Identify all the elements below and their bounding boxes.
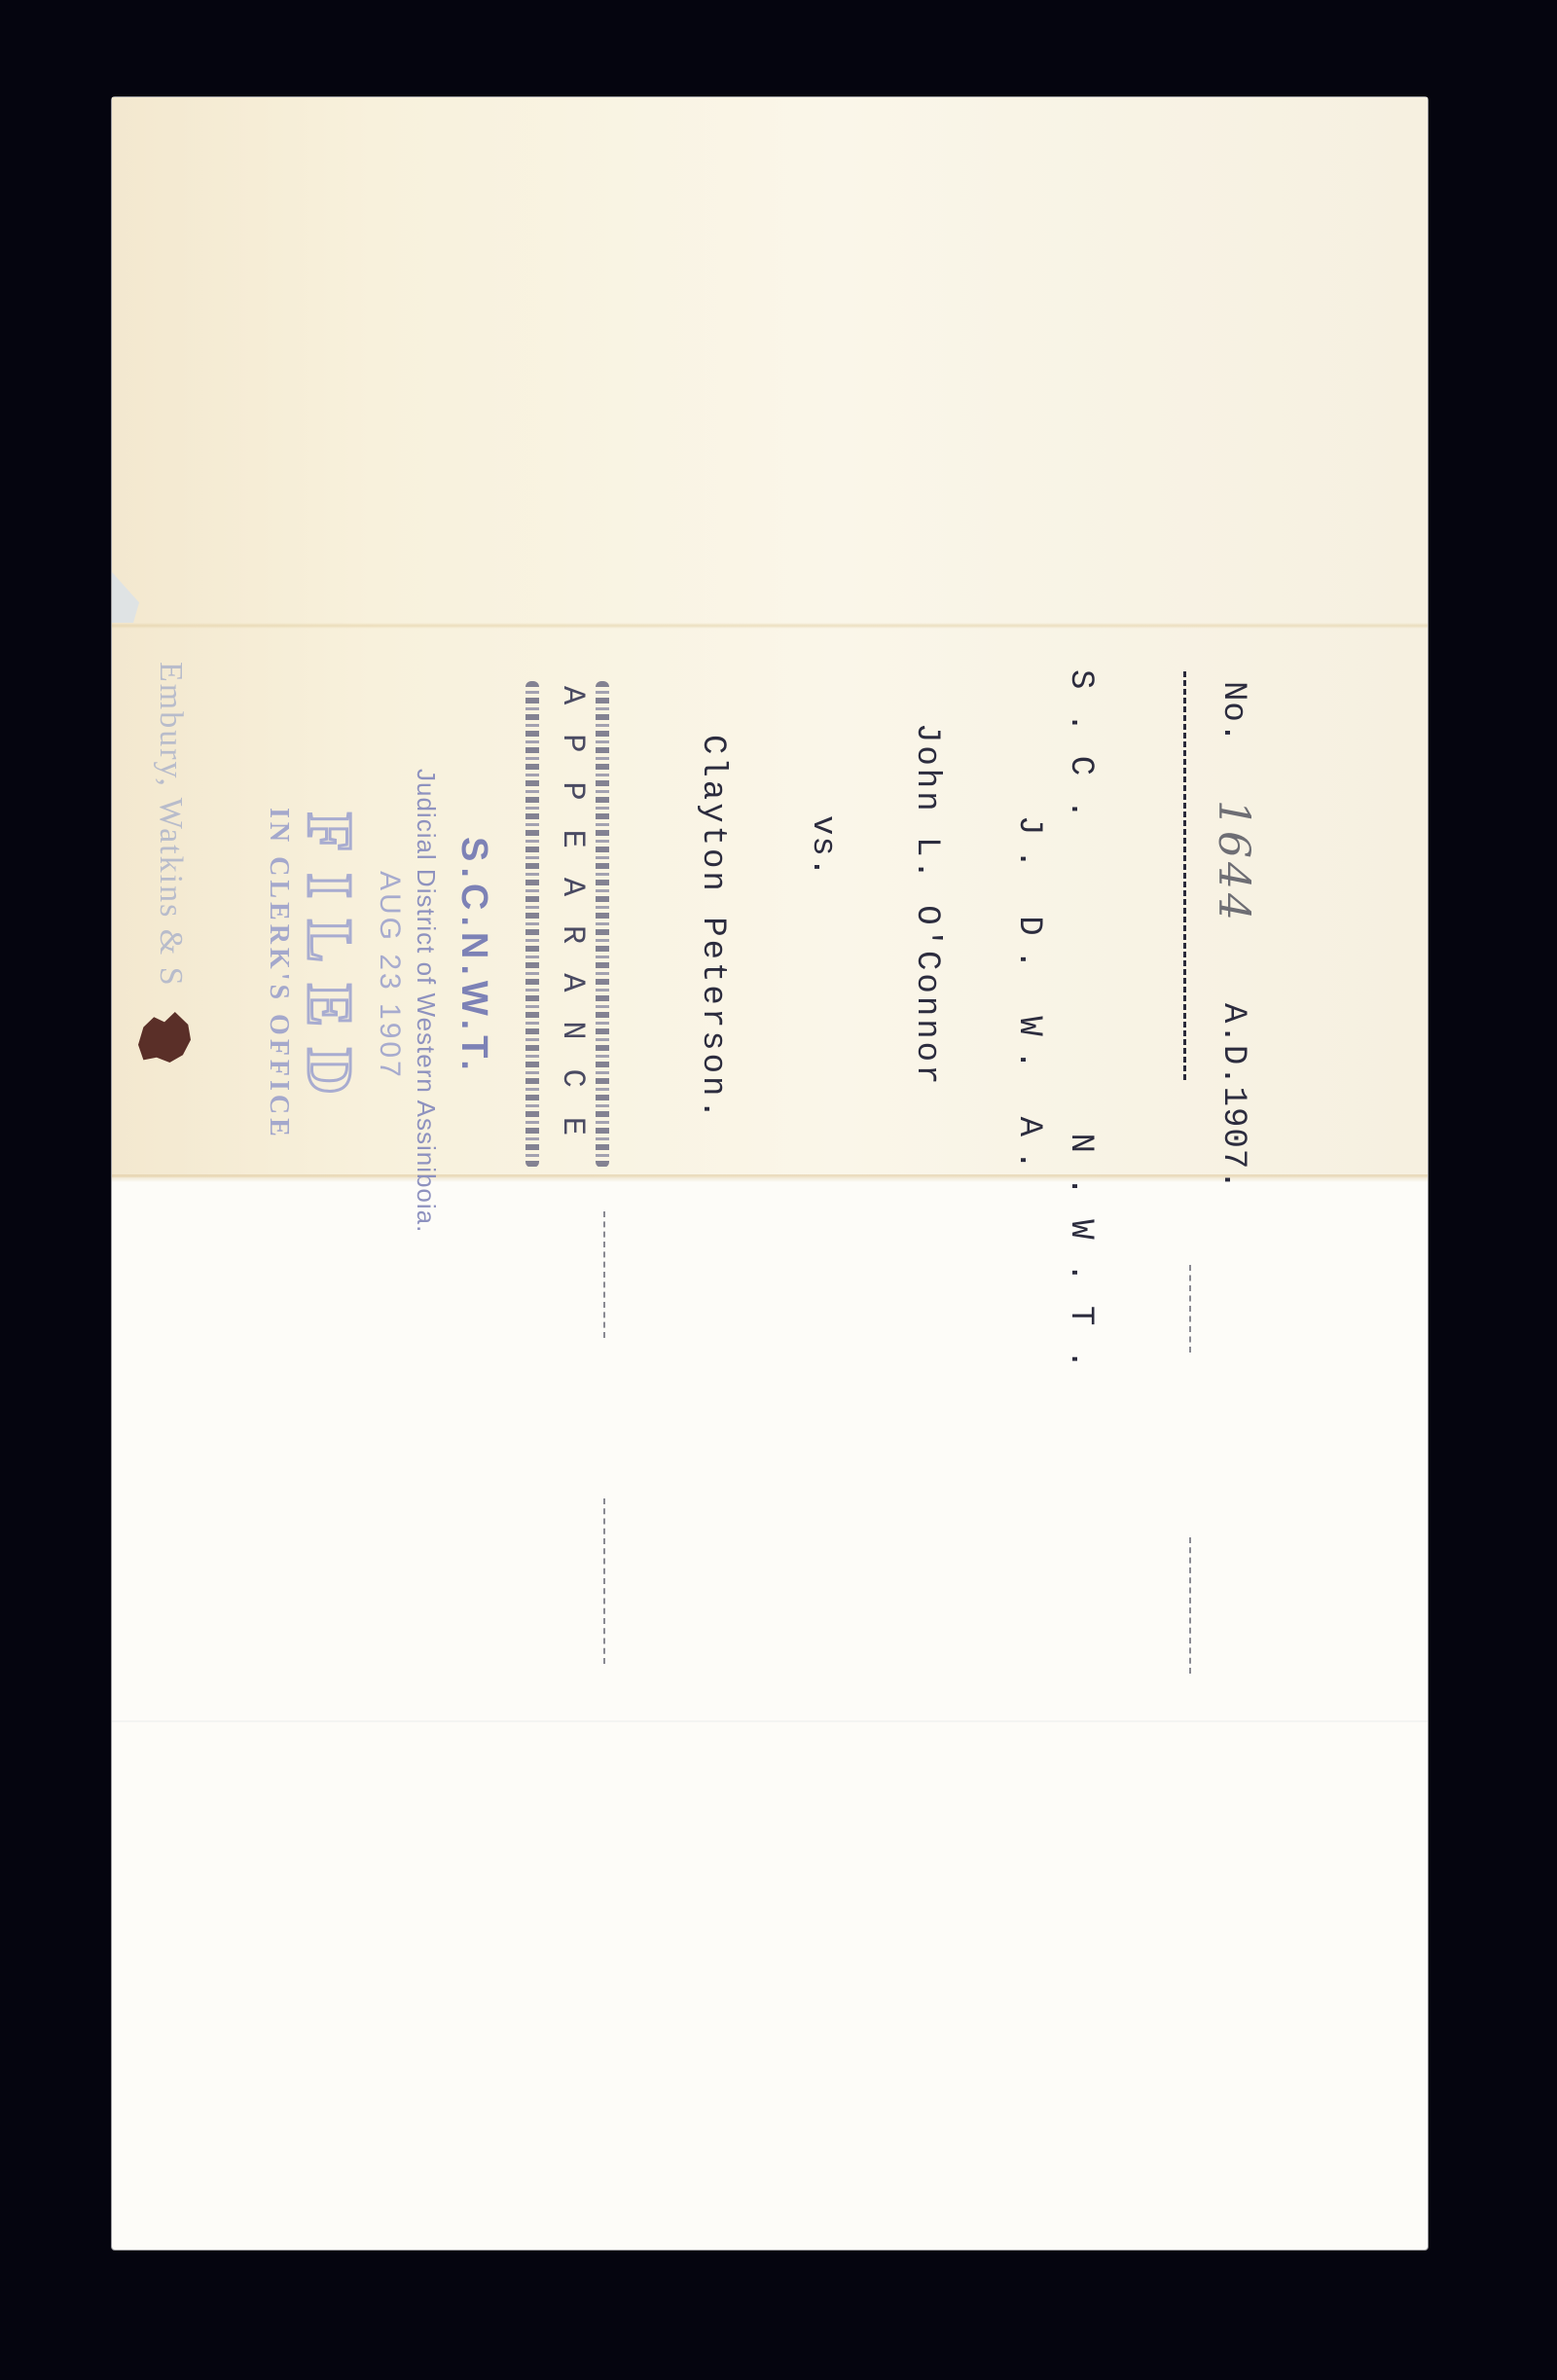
document-type-title: APPEARANCE [557, 686, 588, 1165]
stamp-filed: FILED [297, 812, 361, 1116]
decorative-border [596, 681, 609, 1168]
court-line: S.C. N.W.T. [1064, 669, 1097, 1392]
plaintiff-name: John L. O'Connor [910, 723, 943, 1087]
case-number-line: No. 1644 A.D.1907. [1212, 681, 1254, 1191]
dashed-guide [603, 1211, 605, 1338]
dashed-guide [603, 1498, 605, 1664]
case-number-handwritten: 1644 [1209, 800, 1258, 924]
year-label: A.D.1907. [1214, 1003, 1251, 1191]
dashed-guide [1189, 1265, 1191, 1352]
case-number-label: No. [1214, 681, 1251, 743]
dashed-rule [1183, 671, 1186, 1080]
dashed-guide [1189, 1537, 1191, 1674]
defendant-name: Clayton Peterson. [696, 735, 729, 1122]
stamp-office: IN CLERK'S OFFICE [265, 808, 292, 1140]
stamp-court: S.C.N.W.T. [455, 837, 492, 1076]
law-firm-stamp: Embury, Watkins & S [154, 662, 187, 988]
stamp-date: AUG 23 1907 [375, 871, 404, 1080]
versus-label: vs. [806, 815, 839, 878]
stamp-district: Judicial District of Western Assiniboia. [414, 769, 439, 1233]
fold-line [112, 1720, 1428, 1722]
court-left: S.C. [1062, 669, 1099, 843]
decorative-border [525, 681, 539, 1168]
fold-line [112, 623, 1428, 629]
district-line: J. D. W. A. [1012, 815, 1045, 1183]
court-right: N.W.T. [1062, 1133, 1099, 1391]
